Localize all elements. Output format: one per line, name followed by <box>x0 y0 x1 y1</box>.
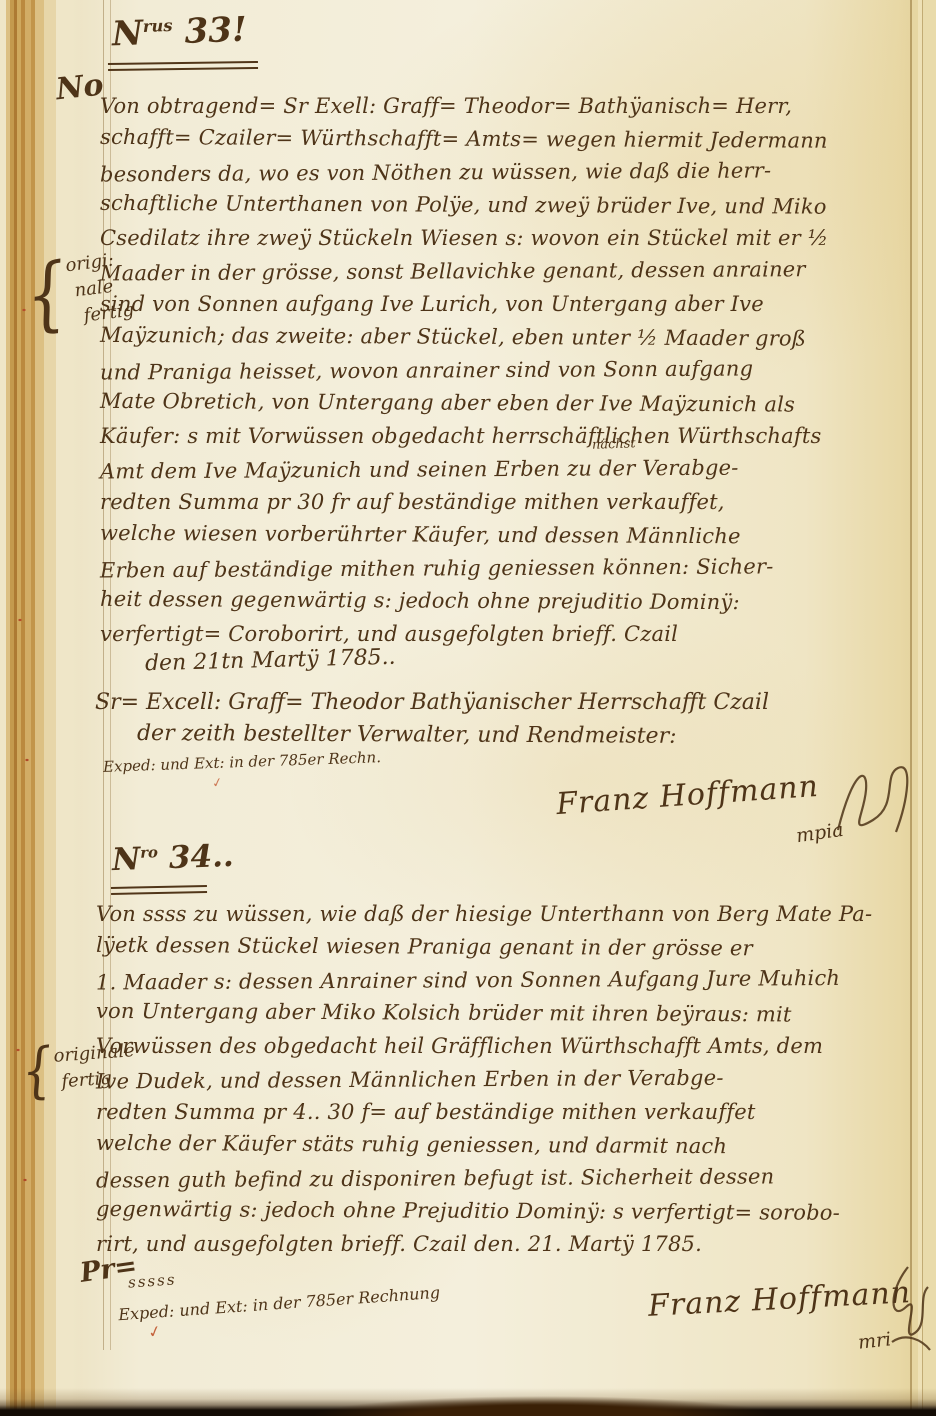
signature-franz-hoffmann-34: Franz Hoffmann <box>647 1275 912 1324</box>
text-line: Maader in der grösse, sonst Bellavichke … <box>100 253 916 291</box>
margin-note-lines: originalefertig <box>53 1038 138 1096</box>
heading-underline <box>108 61 258 71</box>
heading-number: 33! <box>184 10 248 52</box>
red-check-mark: ✓ <box>211 775 225 792</box>
expedition-note-33: Exped: und Ext: in der 785er Rechn. <box>103 748 381 776</box>
text-line: der zeith bestellter Verwalter, und Rend… <box>137 717 915 754</box>
entry-34-heading: Nro 34.. <box>111 838 234 878</box>
text-line: Ive Dudek, und dessen Männlichen Erben i… <box>96 1060 918 1098</box>
heading-number: 34.. <box>168 838 234 876</box>
paragraph-mark: No <box>54 68 105 108</box>
text-line: schafft= Czailer= Würthschafft= Amts= we… <box>100 121 916 158</box>
text-line: lÿetk dessen Stückel wiesen Praniga gena… <box>96 929 918 966</box>
heading-prefix: N <box>111 13 143 54</box>
heading-prefix: N <box>111 841 141 878</box>
text-line: gegenwärtig s: jedoch ohne Prejuditio Do… <box>96 1193 918 1230</box>
text-line: schaftliche Unterthanen von Polÿe, und z… <box>100 187 916 224</box>
entry-33-heading: Nrus 33! <box>111 10 247 55</box>
text-line: 1. Maader s: dessen Anrainer sind von So… <box>96 961 918 999</box>
text-line: Maÿzunich; das zweite: aber Stückel, ebe… <box>100 319 916 356</box>
text-line: Erben auf beständige mithen ruhig genies… <box>100 550 916 588</box>
margin-note-lines: origi:nalefertig <box>64 246 135 331</box>
entry-33-date-line: den 21tn Martÿ 1785.. <box>145 645 396 677</box>
entry-33-attestation: Sr= Excell: Graff= Theodor Bathÿanischer… <box>95 686 915 752</box>
text-line: besonders da, wo es von Nöthen zu wüssen… <box>100 154 916 192</box>
heading-underline <box>111 885 207 895</box>
text-line: fertig <box>61 1064 138 1095</box>
heading-superscript: rus <box>143 16 173 36</box>
text-line: Käufer: s mit Vorwüssen obgedacht herrsc… <box>100 420 916 453</box>
red-check-mark: ✓ <box>146 1321 164 1343</box>
text-line: Vorwüssen des obgedacht heil Gräfflichen… <box>96 1030 918 1063</box>
signature-franz-hoffmann-33: Franz Hoffmann <box>555 769 820 822</box>
text-line: welche der Käufer stäts ruhig geniessen,… <box>96 1127 918 1164</box>
book-binding-edge <box>0 0 82 1416</box>
interlinear-insertion: nächst <box>592 436 636 453</box>
text-line: Von obtragend= Sr Exell: Graff= Theodor=… <box>100 90 916 123</box>
text-line: Amt dem Ive Maÿzunich und seinen Erben z… <box>100 451 916 489</box>
page-bottom-shadow <box>0 1388 936 1416</box>
text-line: Von ssss zu wüssen, wie daß der hiesige … <box>96 898 918 931</box>
text-line: welche wiesen vorberührter Käufer, und d… <box>100 517 916 554</box>
text-line: verfertigt= Coroborirt, und ausgefolgten… <box>100 618 916 651</box>
text-line: sind von Sonnen aufgang Ive Lurich, von … <box>100 288 916 321</box>
margin-brace: { <box>24 276 68 313</box>
heading-superscript: ro <box>140 843 158 862</box>
text-line: Mate Obretich, von Untergang aber eben d… <box>100 385 916 422</box>
signature-subscript: mpia <box>795 819 845 847</box>
text-line: rirt, und ausgefolgten brieff. Czail den… <box>96 1228 918 1261</box>
margin-brace: { <box>21 1054 54 1089</box>
margin-note-originale-fertig: { origi:nalefertig <box>22 246 136 336</box>
text-line: und Praniga heisset, wovon anrainer sind… <box>100 352 916 390</box>
text-line: von Untergang aber Miko Kolsich brüder m… <box>96 995 918 1032</box>
footer-squiggle: sssss <box>127 1270 177 1291</box>
manuscript-page: Nrus 33! No Von obtragend= Sr Exell: Gra… <box>0 0 936 1416</box>
text-line: Csedilatz ihre zweÿ Stückeln Wiesen s: w… <box>100 222 916 255</box>
text-line: heit dessen gegenwärtig s: jedoch ohne p… <box>100 583 916 620</box>
text-line: redten Summa pr 30 fr auf beständige mit… <box>100 486 916 519</box>
signature-subscript: mri <box>857 1328 892 1353</box>
text-line: redten Summa pr 4.. 30 f= auf beständige… <box>96 1096 918 1129</box>
text-line: dessen guth befind zu disponiren befugt … <box>96 1159 918 1197</box>
margin-note-originale-fertig: { originalefertig <box>20 1038 137 1098</box>
entry-33-body: Von obtragend= Sr Exell: Graff= Theodor=… <box>100 90 916 651</box>
entry-34-body: Von ssss zu wüssen, wie daß der hiesige … <box>96 898 918 1261</box>
text-line: Sr= Excell: Graff= Theodor Bathÿanischer… <box>95 686 915 719</box>
